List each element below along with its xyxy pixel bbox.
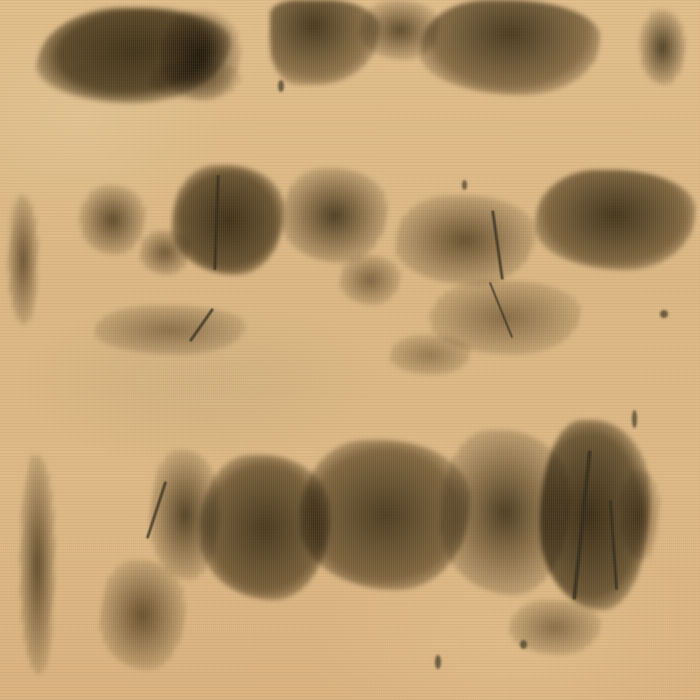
print-speck — [520, 640, 527, 649]
print-motif-mid-center — [282, 168, 387, 263]
print-motif-bottom-left — [100, 560, 185, 670]
print-motif-bottom-far-right — [620, 470, 660, 560]
print-speck — [462, 180, 467, 190]
print-motif-mid-lower4 — [390, 335, 470, 375]
print-motif-mid-right — [535, 170, 695, 270]
print-motif-mid-far-left — [8, 195, 38, 325]
print-smudge-top — [150, 60, 240, 100]
print-speck — [278, 80, 284, 92]
print-speck — [660, 310, 668, 318]
textile-fragment-image — [0, 0, 700, 700]
print-motif-mid-lower3 — [95, 305, 245, 355]
print-motif-mid-left — [80, 185, 145, 255]
print-motif-top-far-right — [640, 10, 685, 85]
print-motif-mid-center-left — [172, 165, 284, 275]
print-speck — [435, 655, 441, 669]
print-motif-mid-lower — [340, 255, 400, 305]
print-motif-mid-center-right — [395, 195, 535, 285]
print-speck — [632, 410, 637, 428]
print-motif-bottom-far-left — [20, 455, 55, 675]
print-motif-top-right — [420, 0, 600, 95]
